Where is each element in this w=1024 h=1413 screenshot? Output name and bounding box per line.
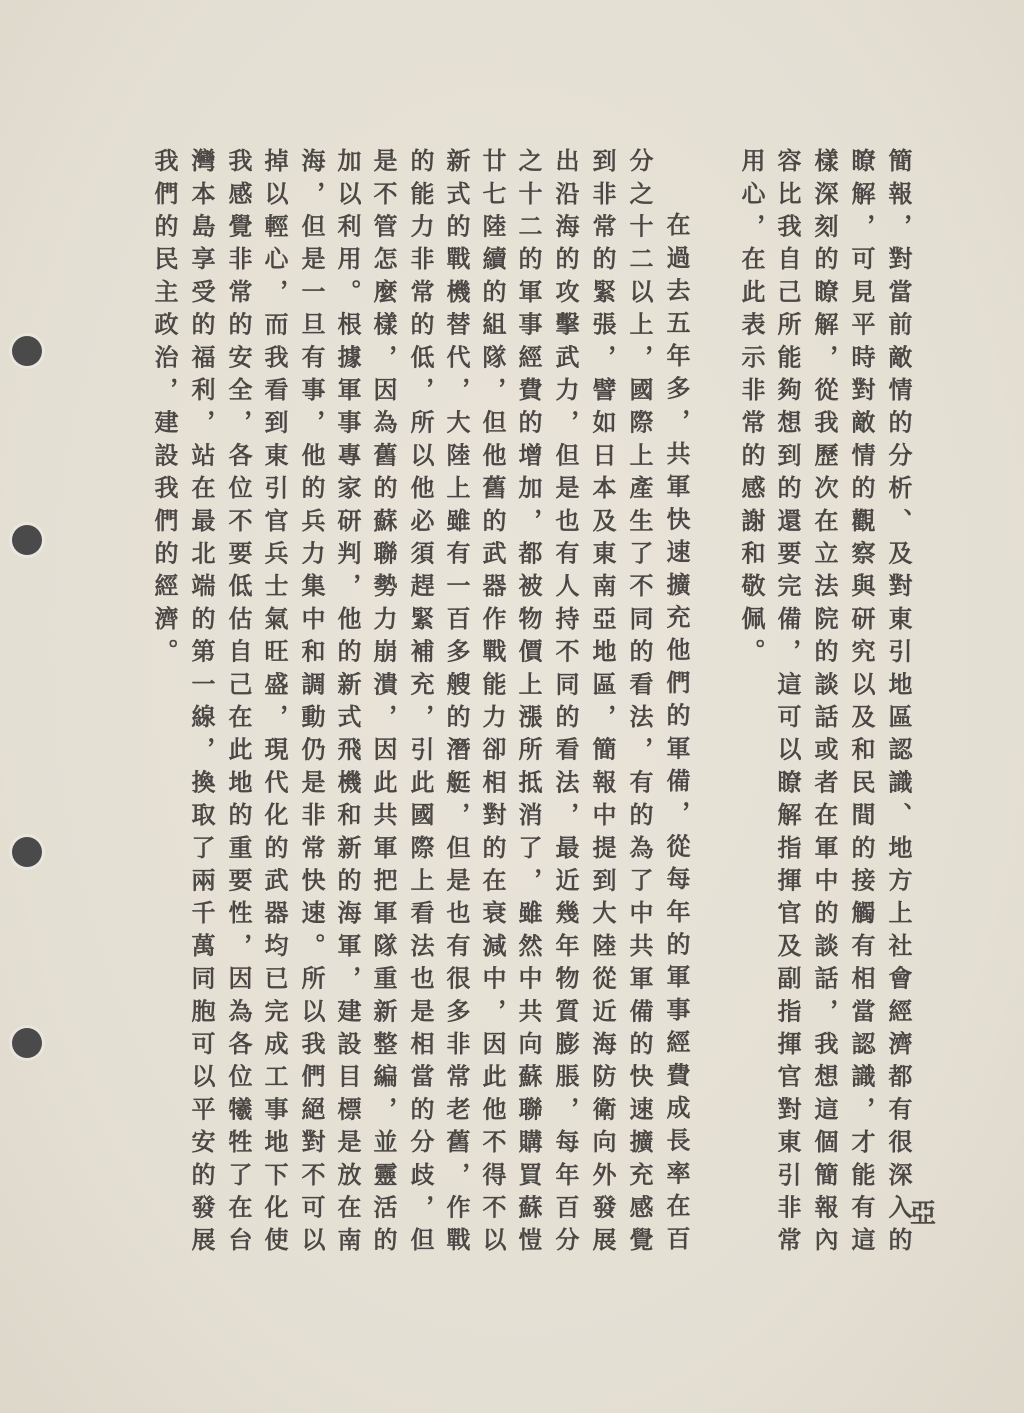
text-column: 容比我自己所能夠想到的還要完備，這可以瞭解指揮官及副指揮官對東引非常 — [769, 148, 806, 1260]
text-column: 是不管怎麼樣，因為舊的蘇聯勢力崩潰，因此共軍把軍隊重新整編，並靈活的 — [365, 148, 402, 1260]
text-column: 出沿海的攻擊武力，但是也有人持不同的看法，最近幾年物質膨脹，每年百分 — [547, 148, 584, 1260]
text-column: 樣深刻的瞭解，從我歷次在立法院的談話或者在軍中的談話，我想這個簡報內 — [806, 148, 843, 1260]
text-column: 用心，在此表示非常的感謝和敬佩。 — [733, 148, 770, 671]
text-column: 到非常的緊張，譬如日本及東南亞地區，簡報中提到大陸從近海防衛向外發展 — [584, 148, 621, 1260]
text-column: 分之十二以上，國際上產生了不同的看法，有的為了中共軍備的快速擴充感覺 — [621, 148, 658, 1260]
text-column: 海，但是一旦有事，他的兵力集中和調動仍是非常快速。所以我們絕對不可以 — [293, 148, 330, 1260]
text-column: 瞭解，可見平時對敵情的觀察與研究以及和民間的接觸有相當認識，才能有這 — [843, 148, 880, 1260]
text-column: 在過去五年多，共軍快速擴充他們的軍備，從每年的軍事經費成長率在百 — [658, 148, 695, 1258]
binder-hole — [12, 525, 42, 555]
text-column: 之十二的軍事經費的增加，都被物價上漲所抵消了，雖然中共向蘇聯購買蘇愷 — [510, 148, 547, 1260]
text-column: 加以利用。根據軍事專家研判，他的新式飛機和新的海軍，建設目標是放在南 — [329, 148, 366, 1260]
text-column: 簡報，對當前敵情的分析、及對東引地區認識、地方上社會經濟都有很深入的 — [880, 148, 917, 1260]
binder-hole — [12, 837, 42, 867]
text-column: 新式的戰機替代，大陸上雖有一百多艘的潛艇，但是也有很多非常老舊，作戰 — [438, 148, 475, 1260]
text-column: 灣本島享受的福利，站在最北端的第一線，換取了兩千萬同胞可以平安的發展 — [183, 148, 220, 1260]
text-column: 我感覺非常的安全，各位不要低估自己在此地的重要性，因為各位犧牲了在台 — [220, 148, 257, 1260]
binder-hole — [12, 336, 42, 366]
text-column: 掉以輕心，而我看到東引官兵士氣旺盛，現代化的武器均已完成工事地下化使 — [256, 148, 293, 1260]
page-number: 亞 — [910, 1193, 936, 1230]
text-column: 我們的民主政治，建設我們的經濟。 — [146, 148, 183, 671]
text-column: 的能力非常的低，所以他必須趕緊補充，引此國際上看法也是相當的分歧，但 — [402, 148, 439, 1260]
binder-hole — [12, 1028, 42, 1058]
text-column: 廿七陸續的組隊，但他舊的武器作戰能力卻相對的在衰減中，因此他不得不以 — [474, 148, 511, 1260]
document-page: 簡報，對當前敵情的分析、及對東引地區認識、地方上社會經濟都有很深入的 瞭解，可見… — [0, 0, 1024, 1413]
